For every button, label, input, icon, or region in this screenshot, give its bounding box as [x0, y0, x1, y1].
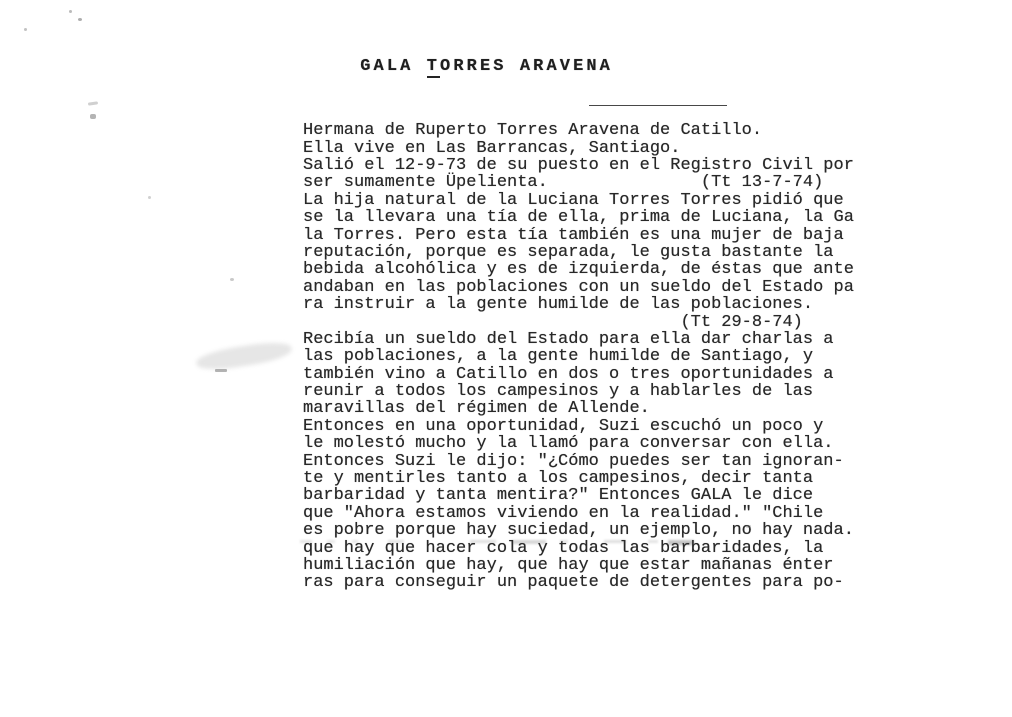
text-line: La hija natural de la Luciana Torres Tor… — [303, 192, 883, 209]
scan-ghost-mark — [352, 540, 358, 543]
scan-speck — [24, 28, 27, 31]
document-page: GALA TORRES ARAVENA Hermana de Ruperto T… — [0, 0, 1012, 717]
text-line: andaban en las poblaciones con un sueldo… — [303, 279, 883, 296]
text-line: Entonces en una oportunidad, Suzi escuch… — [303, 418, 883, 435]
scan-smudge — [195, 339, 293, 374]
scan-ghost-mark — [388, 540, 404, 543]
text-line: es pobre porque hay suciedad, un ejemplo… — [303, 522, 883, 539]
scan-ghost-mark — [668, 540, 694, 545]
scan-ghost-mark — [512, 540, 546, 544]
scan-ghost-mark — [604, 540, 626, 543]
text-line: Entonces Suzi le dijo: "¿Cómo puedes ser… — [303, 453, 883, 470]
text-line: le molestó mucho y la llamó para convers… — [303, 435, 883, 452]
text-line: ra instruir a la gente humilde de las po… — [303, 296, 883, 313]
text-line: se la llevara una tía de ella, prima de … — [303, 209, 883, 226]
text-line: (Tt 29-8-74) — [303, 314, 883, 331]
text-line: maravillas del régimen de Allende. — [303, 400, 883, 417]
text-line: también vino a Catillo en dos o tres opo… — [303, 366, 883, 383]
text-line: reputación, porque es separada, le gusta… — [303, 244, 883, 261]
text-line: bebida alcohólica y es de izquierda, de … — [303, 261, 883, 278]
scan-ghost-mark — [560, 540, 568, 543]
text-line: ras para conseguir un paquete de deterge… — [303, 574, 883, 591]
scan-speck — [88, 101, 98, 105]
text-line: Hermana de Ruperto Torres Aravena de Cat… — [303, 122, 883, 139]
text-line: que "Ahora estamos viviendo en la realid… — [303, 505, 883, 522]
text-line: ser sumamente Üpelienta. (Tt 13-7-74) — [303, 174, 883, 191]
scan-ghost-mark — [648, 540, 658, 543]
scan-speck — [69, 10, 72, 13]
text-line: te y mentirles tanto a los campesinos, d… — [303, 470, 883, 487]
document-body: Hermana de Ruperto Torres Aravena de Cat… — [303, 70, 883, 592]
scan-speck — [746, 525, 751, 528]
scan-speck — [230, 278, 234, 281]
santiago-underline — [589, 105, 728, 106]
text-line: Ella vive en Las Barrancas, Santiago. — [303, 140, 883, 157]
scan-speck — [90, 114, 96, 119]
scan-speck — [148, 196, 151, 199]
text-line: humiliación que hay, que hay que estar m… — [303, 557, 883, 574]
text-line: las poblaciones, a la gente humilde de S… — [303, 348, 883, 365]
scan-ghost-mark — [470, 540, 496, 543]
text-line: reunir a todos los campesinos y a hablar… — [303, 383, 883, 400]
text-line: la Torres. Pero esta tía también es una … — [303, 227, 883, 244]
scan-ghost-mark — [300, 540, 312, 543]
text-line: Salió el 12-9-73 de su puesto en el Regi… — [303, 157, 883, 174]
text-line: Recibía un sueldo del Estado para ella d… — [303, 331, 883, 348]
text-line: barbaridad y tanta mentira?" Entonces GA… — [303, 487, 883, 504]
scan-speck — [215, 369, 227, 372]
scan-ghost-mark — [327, 540, 335, 543]
scan-speck — [78, 18, 82, 21]
